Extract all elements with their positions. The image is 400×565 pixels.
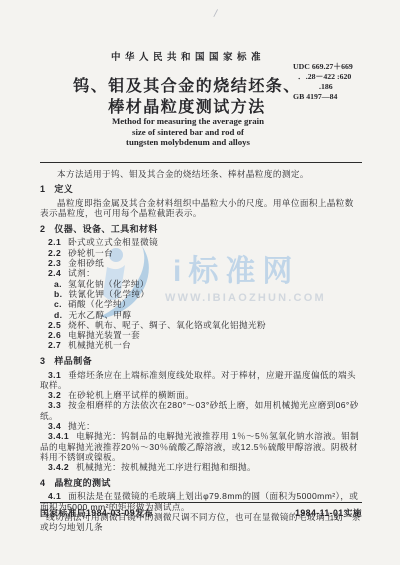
document-body: 本方法适用于钨、钼及其合金的烧结坯条、棒材晶粒度的测定。1定义晶粒度即指金属及其… — [40, 169, 362, 533]
clause-text: 机械抛光：按机械抛光工序进行粗抛和细抛。 — [76, 462, 256, 472]
body-line: d.无水乙醇、甲醇 — [40, 310, 362, 320]
clause-text: 晶粒度的测试 — [54, 478, 110, 488]
footer-issued: 国家标准局1984-03-09发布 — [40, 506, 153, 519]
header-rule — [40, 162, 362, 163]
body-line: 2.5烧杯、帆布、呢子、绸子、氧化铬或氧化铝抛光粉 — [40, 320, 362, 330]
body-line: 3.1垂熔坯条应在上端标准刻度线处取样。对于棒材，应避开温度偏低的端头取样。 — [40, 370, 362, 391]
clause-text: 氢氧化钠（化学纯） — [68, 279, 149, 289]
clause-number: 2.5 — [48, 320, 61, 330]
standard-document-page: i标准网 WWW.IBIAOZHUN.COM / 中华人民共和国国家标准 钨、钼… — [0, 0, 400, 565]
body-line: 2.2砂轮机一台 — [40, 248, 362, 258]
clause-text: 晶粒度即指金属及其合金材料组织中晶粒大小的尺度。用单位面积上晶粒数表示晶粒度，也… — [40, 198, 354, 218]
clause-text: 铁氰化钾（化学纯） — [68, 289, 149, 299]
clause-number: 2.2 — [48, 248, 61, 258]
footer-effective: 1984-11-01实施 — [295, 506, 362, 519]
clause-number: 4.1 — [48, 491, 61, 501]
clause-number: 3.3 — [48, 400, 61, 410]
clause-number: a. — [54, 279, 62, 289]
clause-text: 垂熔坯条应在上端标准刻度线处取样。对于棒材，应避开温度偏低的端头取样。 — [40, 370, 356, 390]
clause-text: 仪器、设备、工具和材料 — [54, 224, 157, 234]
clause-text: 砂轮机一台 — [68, 248, 113, 258]
body-line: 3.2在砂轮机上磨平试样的横断面。 — [40, 390, 362, 400]
udc-line3: .186 — [293, 82, 353, 92]
clause-text: 机械抛光机一台 — [68, 340, 131, 350]
clause-number: 3.2 — [48, 390, 61, 400]
standard-number: GB 4197—84 — [293, 92, 353, 102]
clause-text: 定义 — [54, 184, 73, 194]
clause-number: 3.4.1 — [48, 431, 69, 441]
clause-number: 4 — [40, 478, 45, 488]
clause-number: c. — [54, 299, 62, 309]
body-line: a.氢氧化钠（化学纯） — [40, 279, 362, 289]
clause-number: 2 — [40, 224, 45, 234]
clause-number: 3.4 — [48, 421, 61, 431]
clause-number: b. — [54, 289, 62, 299]
clause-text: 电解抛光：钨制品的电解抛光液推荐用 1％～5％氢氧化钠水溶液。钼制品的电解抛光液… — [40, 431, 359, 462]
clause-text: 烧杯、帆布、呢子、绸子、氧化铬或氧化铝抛光粉 — [68, 320, 266, 330]
udc-line2: ．.28－422 :620 — [293, 72, 353, 82]
clause-text: 抛光： — [68, 421, 95, 431]
body-line: 晶粒度即指金属及其合金材料组织中晶粒大小的尺度。用单位面积上晶粒数表示晶粒度，也… — [40, 198, 362, 219]
clause-number: 2.4 — [48, 268, 61, 278]
footer: 国家标准局1984-03-09发布 1984-11-01实施 — [40, 502, 362, 519]
page-number: 19 — [330, 515, 338, 522]
clause-number: d. — [54, 310, 62, 320]
clause-number: 3 — [40, 356, 45, 366]
clause-text: 本方法适用于钨、钼及其合金的烧结坯条、棒材晶粒度的测定。 — [57, 169, 309, 179]
document-content: / 中华人民共和国国家标准 钨、钼及其合金的烧结坯条、 棒材晶粒度测试方法 Me… — [0, 0, 400, 565]
section-heading: 2仪器、设备、工具和材料 — [40, 224, 362, 234]
section-heading: 1定义 — [40, 184, 362, 194]
clause-text: 无水乙醇、甲醇 — [68, 310, 131, 320]
body-line: 3.4.2机械抛光：按机械抛光工序进行粗抛和细抛。 — [40, 462, 362, 472]
body-line: 3.3按金相磨样的方法依次在280°～03°砂纸上磨，如用机械抛光应磨到06°砂… — [40, 400, 362, 421]
body-line: 3.4抛光： — [40, 421, 362, 431]
doc-title-en-line2: size of sintered bar and rod of — [40, 127, 336, 138]
clause-number: 1 — [40, 184, 45, 194]
body-line: b.铁氰化钾（化学纯） — [40, 289, 362, 299]
clause-number: 2.7 — [48, 340, 61, 350]
standard-org-line: 中华人民共和国国家标准 — [40, 49, 336, 63]
clause-text: 电解抛光装置一套 — [68, 330, 140, 340]
body-line: 2.4试剂： — [40, 268, 362, 278]
scan-artifact-slash: / — [213, 8, 218, 20]
clause-text: 按金相磨样的方法依次在280°～03°砂纸上磨，如用机械抛光应磨到06°砂纸。 — [40, 400, 359, 420]
body-line: 2.6电解抛光装置一套 — [40, 330, 362, 340]
clause-number: 2.6 — [48, 330, 61, 340]
udc-line1: UDC 669.27＋669 — [293, 62, 353, 72]
body-line: c.硝酸（化学纯） — [40, 299, 362, 309]
section-heading: 3样品制备 — [40, 356, 362, 366]
clause-text: 试剂： — [68, 268, 95, 278]
clause-text: 金相砂纸 — [68, 258, 104, 268]
clause-text: 样品制备 — [54, 356, 92, 366]
section-heading: 4晶粒度的测试 — [40, 478, 362, 488]
clause-text: 硝酸（化学纯） — [68, 299, 131, 309]
clause-text: 在砂轮机上磨平试样的横断面。 — [68, 390, 194, 400]
body-line: 本方法适用于钨、钼及其合金的烧结坯条、棒材晶粒度的测定。 — [40, 169, 362, 179]
doc-title-en-line1: Method for measuring the average grain — [40, 116, 336, 127]
clause-number: 3.4.2 — [48, 462, 69, 472]
body-line: 3.4.1电解抛光：钨制品的电解抛光液推荐用 1％～5％氢氧化钠水溶液。钼制品的… — [40, 431, 362, 462]
body-line: 2.1卧式或立式金相显微镜 — [40, 237, 362, 247]
doc-title-en: Method for measuring the average grain s… — [40, 116, 336, 148]
clause-number: 2.3 — [48, 258, 61, 268]
doc-title-en-line3: tungsten molybdenum and alloys — [40, 137, 336, 148]
clause-text: 卧式或立式金相显微镜 — [68, 237, 158, 247]
body-line: 2.7机械抛光机一台 — [40, 340, 362, 350]
clause-number: 3.1 — [48, 370, 61, 380]
clause-number: 2.1 — [48, 237, 61, 247]
body-line: 2.3金相砂纸 — [40, 258, 362, 268]
udc-block: UDC 669.27＋669 ．.28－422 :620 .186 GB 419… — [293, 62, 353, 102]
